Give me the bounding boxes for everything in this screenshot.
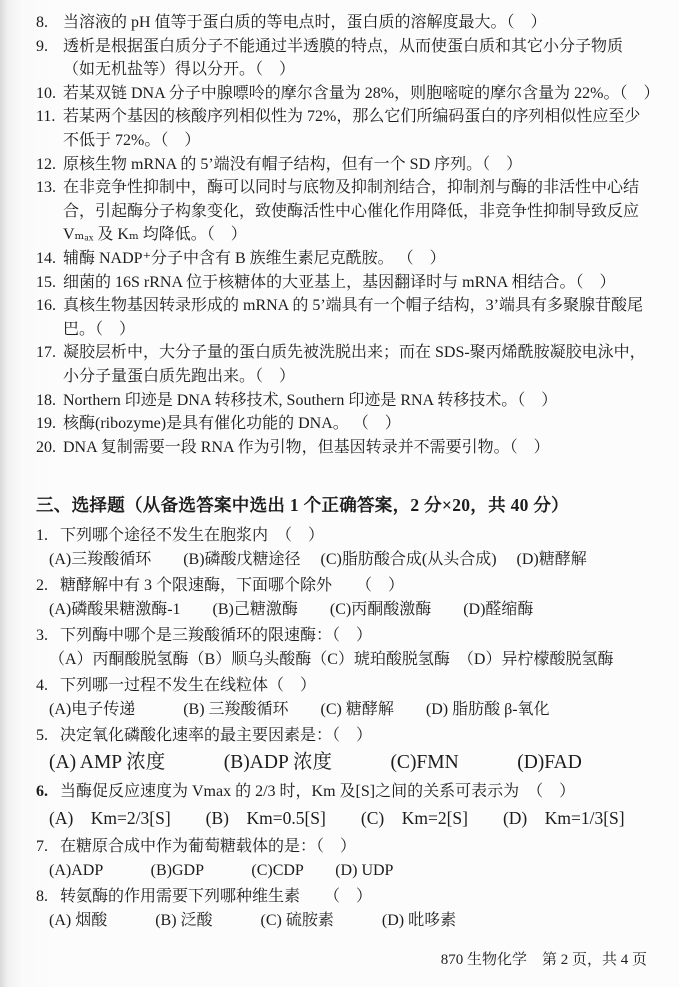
- tf-question-item: 20. DNA 复制需要一段 RNA 作为引物，但基因转录并不需要引物。（ ）: [36, 436, 653, 460]
- question-number: 18.: [36, 389, 63, 413]
- question-text: 下列哪个途径不发生在胞浆内 （ ）: [60, 524, 653, 548]
- mcq-question-item: 8. 转氨酶的作用需要下列哪种维生素 （ ） (A) 烟酸 (B) 泛酸 (C)…: [36, 885, 653, 933]
- page-footer: 870 生物化学 第 2 页，共 4 页: [441, 948, 647, 969]
- question-number: 2.: [36, 574, 60, 598]
- mcq-question-item: 3. 下列酶中哪个是三羧酸循环的限速酶：（ ） （A）丙酮酸脱氢酶（B）顺乌头酸…: [36, 624, 653, 672]
- question-text: 透析是根据蛋白质分子不能通过半透膜的特点，从而使蛋白质和其它小分子物质（如无机盐…: [63, 35, 653, 82]
- question-text: 当酶促反应速度为 Vmax 的 2/3 时，Km 及[S]之间的关系可表示为 （…: [60, 780, 653, 804]
- mcq-question-row: 2. 糖酵解中有 3 个限速酶，下面哪个除外 （ ）: [36, 574, 653, 598]
- mcq-question-item: 2. 糖酵解中有 3 个限速酶，下面哪个除外 （ ） (A)磷酸果糖激酶-1 (…: [36, 574, 653, 622]
- tf-question-item: 10. 若某双链 DNA 分子中腺嘌呤的摩尔含量为 28%，则胞嘧啶的摩尔含量为…: [36, 82, 653, 106]
- mcq-question-row: 5. 决定氧化磷酸化速率的最主要因素是：（ ）: [36, 724, 653, 748]
- tf-question-item: 18. Northern 印迹是 DNA 转移技术, Southern 印迹是 …: [36, 389, 653, 413]
- mcq-question-item: 6. 当酶促反应速度为 Vmax 的 2/3 时，Km 及[S]之间的关系可表示…: [36, 780, 653, 833]
- question-text: 在糖原合成中作为葡萄糖载体的是：（ ）: [60, 835, 653, 859]
- tf-question-item: 13. 在非竞争性抑制中，酶可以同时与底物及抑制剂结合，抑制剂与酶的非活性中心结…: [36, 176, 653, 247]
- tf-question-item: 15. 细菌的 16S rRNA 位于核糖体的大亚基上，基因翻译时与 mRNA …: [36, 271, 653, 295]
- tf-question-item: 9. 透析是根据蛋白质分子不能通过半透膜的特点，从而使蛋白质和其它小分子物质（如…: [36, 35, 653, 82]
- question-number: 8.: [36, 11, 63, 35]
- question-text: 细菌的 16S rRNA 位于核糖体的大亚基上，基因翻译时与 mRNA 相结合。…: [63, 271, 653, 295]
- mcq-options: (A)磷酸果糖激酶-1 (B)己糖激酶 (C)丙酮酸激酶 (D)醛缩酶: [36, 598, 653, 622]
- question-number: 5.: [36, 724, 60, 748]
- question-number: 7.: [36, 835, 60, 859]
- tf-question-item: 14. 辅酶 NADP⁺分子中含有 B 族维生素尼克酰胺。 （ ）: [36, 247, 653, 271]
- question-text: 下列哪一过程不发生在线粒体（ ）: [60, 674, 653, 698]
- mcq-options: (A) Km=2/3[S] (B) Km=0.5[S] (C) Km=2[S] …: [36, 804, 653, 833]
- mcq-question-row: 3. 下列酶中哪个是三羧酸循环的限速酶：（ ）: [36, 624, 653, 648]
- question-text: DNA 复制需要一段 RNA 作为引物，但基因转录并不需要引物。（ ）: [63, 436, 653, 460]
- question-number: 3.: [36, 624, 60, 648]
- mcq-question-row: 7. 在糖原合成中作为葡萄糖载体的是：（ ）: [36, 835, 653, 859]
- question-text: 原核生物 mRNA 的 5’端没有帽子结构，但有一个 SD 序列。（ ）: [63, 153, 653, 177]
- mcq-options: (A)三羧酸循环 (B)磷酸戊糖途径 (C)脂肪酸合成(从头合成) (D)糖酵解: [36, 548, 653, 572]
- question-number: 14.: [36, 247, 63, 271]
- mcq-question-row: 4. 下列哪一过程不发生在线粒体（ ）: [36, 674, 653, 698]
- question-number: 11.: [36, 105, 63, 152]
- question-text: 当溶液的 pH 值等于蛋白质的等电点时，蛋白质的溶解度最大。（ ）: [63, 11, 653, 35]
- question-text: 在非竞争性抑制中，酶可以同时与底物及抑制剂结合，抑制剂与酶的非活性中心结合，引起…: [63, 176, 653, 247]
- tf-question-item: 17. 凝胶层析中，大分子量的蛋白质先被洗脱出来；而在 SDS-聚丙烯酰胺凝胶电…: [36, 341, 653, 388]
- question-number: 17.: [36, 341, 63, 388]
- mcq-question-item: 1. 下列哪个途径不发生在胞浆内 （ ） (A)三羧酸循环 (B)磷酸戊糖途径 …: [36, 524, 653, 572]
- mcq-question-item: 4. 下列哪一过程不发生在线粒体（ ） (A)电子传递 (B) 三羧酸循环 (C…: [36, 674, 653, 722]
- question-text: 核酶(ribozyme)是具有催化功能的 DNA。 （ ）: [63, 412, 653, 436]
- question-number: 12.: [36, 153, 63, 177]
- tf-question-item: 19. 核酶(ribozyme)是具有催化功能的 DNA。 （ ）: [36, 412, 653, 436]
- question-number: 6.: [36, 780, 60, 804]
- question-text: 转氨酶的作用需要下列哪种维生素 （ ）: [60, 885, 653, 909]
- mcq-options: (A) AMP 浓度 (B)ADP 浓度 (C)FMN (D)FAD: [36, 748, 653, 778]
- question-text: 真核生物基因转录形成的 mRNA 的 5’端具有一个帽子结构，3’端具有多聚腺苷…: [63, 294, 653, 341]
- question-number: 20.: [36, 436, 63, 460]
- question-number: 15.: [36, 271, 63, 295]
- question-number: 16.: [36, 294, 63, 341]
- mcq-question-row: 1. 下列哪个途径不发生在胞浆内 （ ）: [36, 524, 653, 548]
- tf-question-item: 11. 若某两个基因的核酸序列相似性为 72%，那么它们所编码蛋白的序列相似性应…: [36, 105, 653, 152]
- question-text: 若某双链 DNA 分子中腺嘌呤的摩尔含量为 28%，则胞嘧啶的摩尔含量为 22%…: [63, 82, 653, 106]
- mcq-options: (A)ADP (B)GDP (C)CDP (D) UDP: [36, 859, 653, 883]
- question-text: 糖酵解中有 3 个限速酶，下面哪个除外 （ ）: [60, 574, 653, 598]
- question-text: 决定氧化磷酸化速率的最主要因素是：（ ）: [60, 724, 653, 748]
- mcq-options: (A) 烟酸 (B) 泛酸 (C) 硫胺素 (D) 吡哆素: [36, 909, 653, 933]
- exam-page: 8. 当溶液的 pH 值等于蛋白质的等电点时，蛋白质的溶解度最大。（ ） 9. …: [0, 0, 679, 987]
- mcq-options: （A）丙酮酸脱氢酶（B）顺乌头酸酶（C）琥珀酸脱氢酶 （D）异柠檬酸脱氢酶: [36, 648, 653, 672]
- question-text: Northern 印迹是 DNA 转移技术, Southern 印迹是 RNA …: [63, 389, 653, 413]
- question-text: 若某两个基因的核酸序列相似性为 72%，那么它们所编码蛋白的序列相似性应至少不低…: [63, 105, 653, 152]
- mcq-question-row: 6. 当酶促反应速度为 Vmax 的 2/3 时，Km 及[S]之间的关系可表示…: [36, 780, 653, 804]
- question-number: 10.: [36, 82, 63, 106]
- mcq-question-row: 8. 转氨酶的作用需要下列哪种维生素 （ ）: [36, 885, 653, 909]
- section-title: 三、选择题（从备选答案中选出 1 个正确答案，2 分×20，共 40 分）: [36, 493, 653, 517]
- question-number: 13.: [36, 176, 63, 247]
- content-area: 8. 当溶液的 pH 值等于蛋白质的等电点时，蛋白质的溶解度最大。（ ） 9. …: [0, 0, 679, 933]
- mcq-question-item: 5. 决定氧化磷酸化速率的最主要因素是：（ ） (A) AMP 浓度 (B)AD…: [36, 724, 653, 778]
- question-number: 1.: [36, 524, 60, 548]
- question-number: 19.: [36, 412, 63, 436]
- question-number: 9.: [36, 35, 63, 82]
- question-number: 4.: [36, 674, 60, 698]
- mcq-question-list: 1. 下列哪个途径不发生在胞浆内 （ ） (A)三羧酸循环 (B)磷酸戊糖途径 …: [36, 524, 653, 933]
- tf-question-item: 16. 真核生物基因转录形成的 mRNA 的 5’端具有一个帽子结构，3’端具有…: [36, 294, 653, 341]
- question-text: 下列酶中哪个是三羧酸循环的限速酶：（ ）: [60, 624, 653, 648]
- question-text: 辅酶 NADP⁺分子中含有 B 族维生素尼克酰胺。 （ ）: [63, 247, 653, 271]
- mcq-options: (A)电子传递 (B) 三羧酸循环 (C) 糖酵解 (D) 脂肪酸 β-氧化: [36, 698, 653, 722]
- tf-question-item: 8. 当溶液的 pH 值等于蛋白质的等电点时，蛋白质的溶解度最大。（ ）: [36, 11, 653, 35]
- tf-question-item: 12. 原核生物 mRNA 的 5’端没有帽子结构，但有一个 SD 序列。（ ）: [36, 153, 653, 177]
- mcq-question-item: 7. 在糖原合成中作为葡萄糖载体的是：（ ） (A)ADP (B)GDP (C)…: [36, 835, 653, 883]
- true-false-question-list: 8. 当溶液的 pH 值等于蛋白质的等电点时，蛋白质的溶解度最大。（ ） 9. …: [36, 11, 653, 459]
- question-number: 8.: [36, 885, 60, 909]
- question-text: 凝胶层析中，大分子量的蛋白质先被洗脱出来；而在 SDS-聚丙烯酰胺凝胶电泳中，小…: [63, 341, 653, 388]
